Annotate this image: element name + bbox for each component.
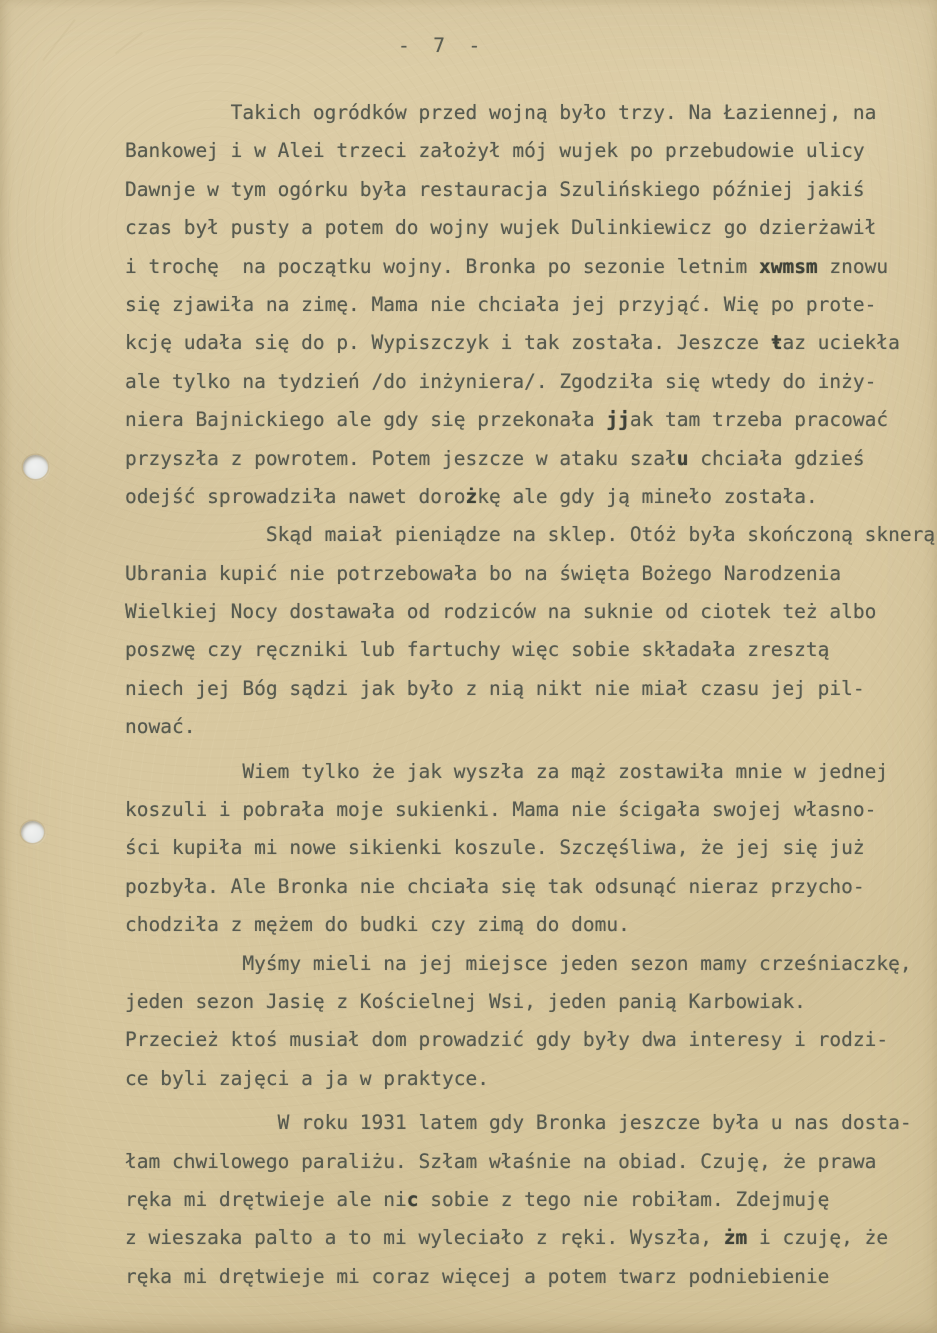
text-line: koszuli i pobrała moje sukienki. Mama ni…: [125, 791, 937, 829]
text-segment: pozbyła. Ale Bronka nie chciała się tak …: [125, 875, 865, 898]
text-segment: łam chwilowego paraliżu. Szłam właśnie n…: [125, 1150, 876, 1173]
text-segment: przyszła z powrotem. Potem jeszcze w ata…: [125, 447, 677, 470]
text-segment: odejść sprowadziła nawet doro: [125, 485, 465, 508]
text-segment: az uciekła: [782, 331, 899, 354]
paper-crease: [115, 32, 143, 54]
text-line: poszwę czy ręczniki lub fartuchy więc so…: [125, 631, 937, 669]
text-segment: sobie z tego nie robiłam. Zdejmuję: [419, 1188, 830, 1211]
text-segment: kcję udała się do p. Wypiszczyk i tak zo…: [125, 331, 771, 354]
paragraph: Wiem tylko że jak wyszła za mąż zostawił…: [125, 753, 937, 945]
text-line: czas był pusty a potem do wojny wujek Du…: [125, 209, 937, 247]
paper-crease: [42, 19, 75, 61]
paragraph: Skąd maiał pieniądze na sklep. Otóż była…: [125, 516, 937, 746]
text-segment: czas był pusty a potem do wojny wujek Du…: [125, 216, 876, 239]
text-segment: Wielkiej Nocy dostawała od rodziców na s…: [125, 600, 876, 623]
text-line: Wielkiej Nocy dostawała od rodziców na s…: [125, 593, 937, 631]
text-line: pozbyła. Ale Bronka nie chciała się tak …: [125, 868, 937, 906]
text-segment: Ubrania kupić nie potrzebowała bo na świ…: [125, 562, 841, 585]
text-segment: Przecież ktoś musiał dom prowadzić gdy b…: [125, 1028, 888, 1051]
text-segment: kę ale gdy ją mineło została.: [477, 485, 817, 508]
text-line: ce byli zajęci a ja w praktyce.: [125, 1060, 937, 1098]
text-line: ści kupiła mi nowe sikienki koszule. Szc…: [125, 829, 937, 867]
overtyped-text: jj: [606, 408, 629, 431]
text-segment: Dawnje w tym ogórku była restauracja Szu…: [125, 178, 865, 201]
text-segment: z wieszaka palto a to mi wyleciało z ręk…: [125, 1226, 724, 1249]
text-line: przyszła z powrotem. Potem jeszcze w ata…: [125, 440, 937, 478]
text-segment: ale tylko na tydzień /do inżyniera/. Zgo…: [125, 370, 876, 393]
text-line: Dawnje w tym ogórku była restauracja Szu…: [125, 171, 937, 209]
text-segment: ak tam trzeba pracować: [630, 408, 888, 431]
text-segment: znowu: [818, 255, 888, 278]
text-line: niera Bajnickiego ale gdy się przekonała…: [125, 401, 937, 439]
hole-punch-bottom: [21, 821, 44, 843]
text-segment: Wiem tylko że jak wyszła za mąż zostawił…: [125, 760, 888, 783]
text-segment: Bankowej i w Alei trzeci założył mój wuj…: [125, 139, 865, 162]
overtyped-text: xwmsm: [759, 255, 818, 278]
text-line: niech jej Bóg sądzi jak było z nią nikt …: [125, 670, 937, 708]
text-line: odejść sprowadziła nawet dorożkę ale gdy…: [125, 478, 937, 516]
paragraph: W roku 1931 latem gdy Bronka jeszcze był…: [125, 1104, 937, 1296]
hole-punch-top: [23, 455, 48, 479]
page-number: - 7 -: [398, 34, 480, 57]
text-segment: ręka mi drętwieje mi coraz więcej a pote…: [125, 1265, 829, 1288]
text-line: się zjawiła na zimę. Mama nie chciała je…: [125, 286, 937, 324]
overtyped-text: ż: [465, 485, 477, 508]
overtyped-text: c: [407, 1188, 419, 1211]
text-line: Myśmy mieli na jej miejsce jeden sezon m…: [125, 945, 937, 983]
text-line: ręka mi drętwieje ale nic sobie z tego n…: [125, 1181, 937, 1219]
text-segment: się zjawiła na zimę. Mama nie chciała je…: [125, 293, 876, 316]
text-segment: chciała gdzieś: [689, 447, 865, 470]
text-segment: koszuli i pobrała moje sukienki. Mama ni…: [125, 798, 876, 821]
text-segment: i czuję, że: [747, 1226, 888, 1249]
text-segment: ce byli zajęci a ja w praktyce.: [125, 1067, 489, 1090]
text-segment: nować.: [125, 715, 195, 738]
overtyped-text: u: [677, 447, 689, 470]
text-line: W roku 1931 latem gdy Bronka jeszcze był…: [125, 1104, 937, 1142]
text-segment: Myśmy mieli na jej miejsce jeden sezon m…: [125, 952, 912, 975]
text-line: Ubrania kupić nie potrzebowała bo na świ…: [125, 555, 937, 593]
text-line: chodziła z mężem do budki czy zimą do do…: [125, 906, 937, 944]
text-segment: i trochę na początku wojny. Bronka po se…: [125, 255, 759, 278]
text-segment: Takich ogródków przed wojną było trzy. N…: [125, 101, 876, 124]
text-segment: niech jej Bóg sądzi jak było z nią nikt …: [125, 677, 865, 700]
text-segment: ręka mi drętwieje ale ni: [125, 1188, 407, 1211]
text-segment: W roku 1931 latem gdy Bronka jeszcze był…: [125, 1111, 912, 1134]
text-segment: Skąd maiał pieniądze na sklep. Otóż była…: [125, 523, 935, 546]
text-line: Przecież ktoś musiał dom prowadzić gdy b…: [125, 1021, 937, 1059]
paragraph: Myśmy mieli na jej miejsce jeden sezon m…: [125, 945, 937, 1099]
text-segment: jeden sezon Jasię z Kościelnej Wsi, jede…: [125, 990, 806, 1013]
overtyped-text: ŧ: [771, 331, 783, 354]
text-line: ręka mi drętwieje mi coraz więcej a pote…: [125, 1258, 937, 1296]
text-line: Bankowej i w Alei trzeci założył mój wuj…: [125, 132, 937, 170]
text-segment: poszwę czy ręczniki lub fartuchy więc so…: [125, 638, 829, 661]
overtyped-text: żm: [724, 1226, 747, 1249]
text-line: łam chwilowego paraliżu. Szłam właśnie n…: [125, 1143, 937, 1181]
text-segment: niera Bajnickiego ale gdy się przekonała: [125, 408, 606, 431]
text-line: jeden sezon Jasię z Kościelnej Wsi, jede…: [125, 983, 937, 1021]
text-line: z wieszaka palto a to mi wyleciało z ręk…: [125, 1219, 937, 1257]
scanned-typewritten-page: - 7 - Takich ogródków przed wojną było t…: [0, 0, 937, 1333]
paragraph: Takich ogródków przed wojną było trzy. N…: [125, 94, 937, 516]
text-line: kcję udała się do p. Wypiszczyk i tak zo…: [125, 324, 937, 362]
text-line: nować.: [125, 708, 937, 746]
text-segment: chodziła z mężem do budki czy zimą do do…: [125, 913, 630, 936]
text-line: Skąd maiał pieniądze na sklep. Otóż była…: [125, 516, 937, 554]
text-line: i trochę na początku wojny. Bronka po se…: [125, 248, 937, 286]
typewritten-text-block: Takich ogródków przed wojną było trzy. N…: [125, 94, 937, 1296]
text-line: Takich ogródków przed wojną było trzy. N…: [125, 94, 937, 132]
text-line: ale tylko na tydzień /do inżyniera/. Zgo…: [125, 363, 937, 401]
text-line: Wiem tylko że jak wyszła za mąż zostawił…: [125, 753, 937, 791]
text-segment: ści kupiła mi nowe sikienki koszule. Szc…: [125, 836, 865, 859]
